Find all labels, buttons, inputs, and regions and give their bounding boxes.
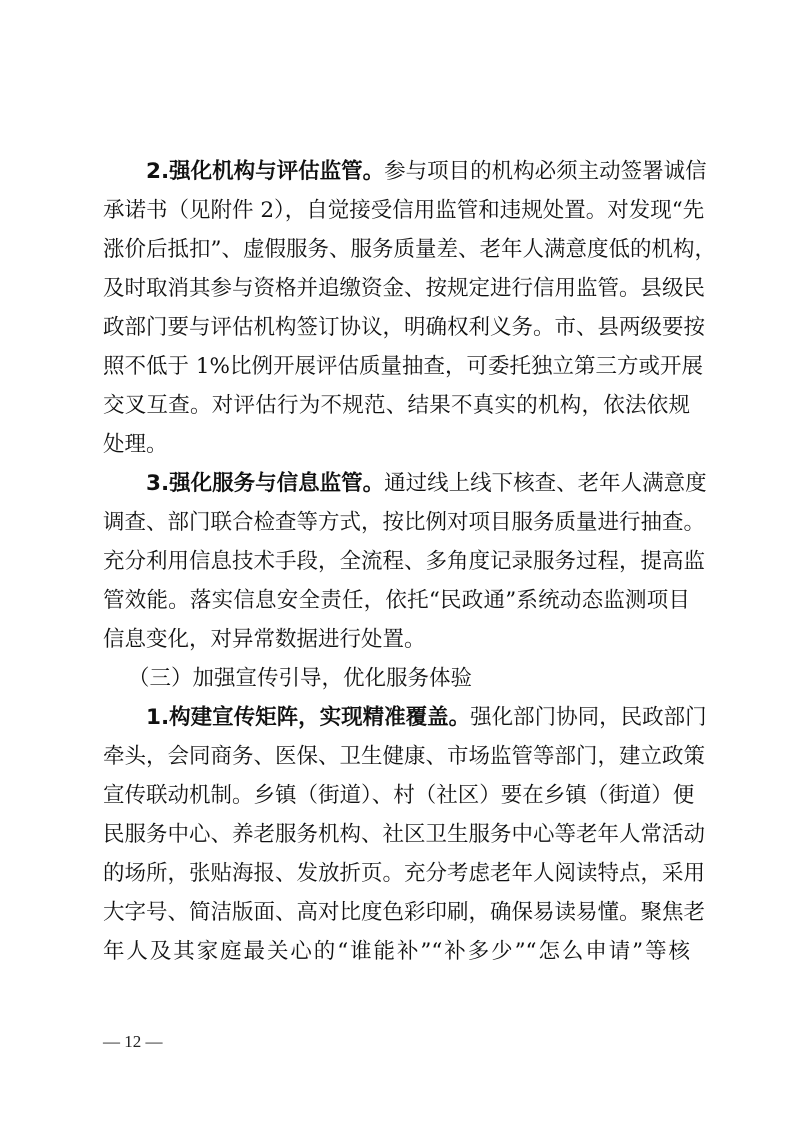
paragraph-line: 管效能。落实信息安全责任，依托“民政通”系统动态监测项目 [103,586,690,616]
section-heading: （三）加强宣传引导，优化服务体验 [128,664,672,694]
paragraph-line: 承诺书（见附件 2），自觉接受信用监管和违规处置。对发现“先 [103,196,690,226]
paragraph-line: 年人及其家庭最关心的“谁能补”“补多少”“怎么申请”等核 [103,937,690,967]
paragraph-line: 民服务中心、养老服务机构、社区卫生服务中心等老年人常活动 [103,820,690,850]
paragraph-line: 充分利用信息技术手段，全流程、多角度记录服务过程，提高监 [103,547,690,577]
paragraph-line: 交叉互查。对评估行为不规范、结果不真实的机构，依法依规 [103,391,690,421]
page-number: — 12 — [103,1030,163,1054]
paragraph-line: 的场所，张贴海报、发放折页。充分考虑老年人阅读特点，采用 [103,859,690,889]
paragraph-heading: 1.构建宣传矩阵，实现精准覆盖。 [146,705,470,730]
paragraph-line: 信息变化，对异常数据进行处置。 [103,625,690,655]
paragraph-line: 2.强化机构与评估监管。参与项目的机构必须主动签署诚信 [146,157,690,187]
paragraph-line: 3.强化服务与信息监管。通过线上线下核查、老年人满意度 [146,469,690,499]
paragraph-line: 处理。 [103,430,690,460]
paragraph-line: 照不低于 1%比例开展评估质量抽查，可委托独立第三方或开展 [103,352,690,382]
paragraph-line: 大字号、简洁版面、高对比度色彩印刷，确保易读易懂。聚焦老 [103,898,690,928]
paragraph-line: 牵头，会同商务、医保、卫生健康、市场监管等部门，建立政策 [103,742,690,772]
paragraph-line: 宣传联动机制。乡镇（街道）、村（社区）要在乡镇（街道）便 [103,781,690,811]
paragraph-line: 1.构建宣传矩阵，实现精准覆盖。强化部门协同，民政部门 [146,703,690,733]
paragraph-line: 及时取消其参与资格并追缴资金、按规定进行信用监管。县级民 [103,274,690,304]
paragraph-line: 政部门要与评估机构签订协议，明确权利义务。市、县两级要按 [103,313,690,343]
paragraph-heading: 3.强化服务与信息监管。 [146,471,384,496]
paragraph-heading: 2.强化机构与评估监管。 [146,159,384,184]
document-page: 2.强化机构与评估监管。参与项目的机构必须主动签署诚信 承诺书（见附件 2），自… [0,0,793,1122]
paragraph-line: 涨价后抵扣”、虚假服务、服务质量差、老年人满意度低的机构， [103,235,690,265]
paragraph-line: 调查、部门联合检查等方式，按比例对项目服务质量进行抽查。 [103,508,690,538]
